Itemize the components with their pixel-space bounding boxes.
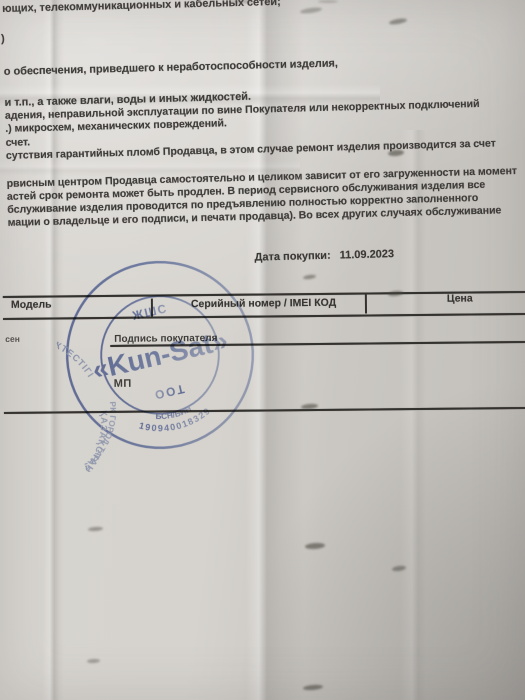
warranty-table: Модель Серийный номер / IMEI КОД Цена се…	[0, 0, 525, 700]
model-cell-fragment: сен	[5, 334, 20, 344]
table-column-separator	[151, 299, 153, 318]
column-header-price: Цена	[447, 292, 473, 304]
table-header-underline	[3, 313, 525, 320]
table-column-separator	[365, 293, 367, 313]
smudge-mark	[230, 0, 256, 3]
smudge-mark	[318, 0, 338, 3]
table-border-bottom	[4, 407, 525, 414]
warranty-document-photo: ющих, телекоммуникационных и кабельных с…	[0, 0, 525, 700]
stamp-place-label: МП	[114, 378, 132, 390]
column-header-model: Модель	[11, 299, 52, 311]
column-header-serial: Серийный номер / IMEI КОД	[191, 297, 336, 310]
